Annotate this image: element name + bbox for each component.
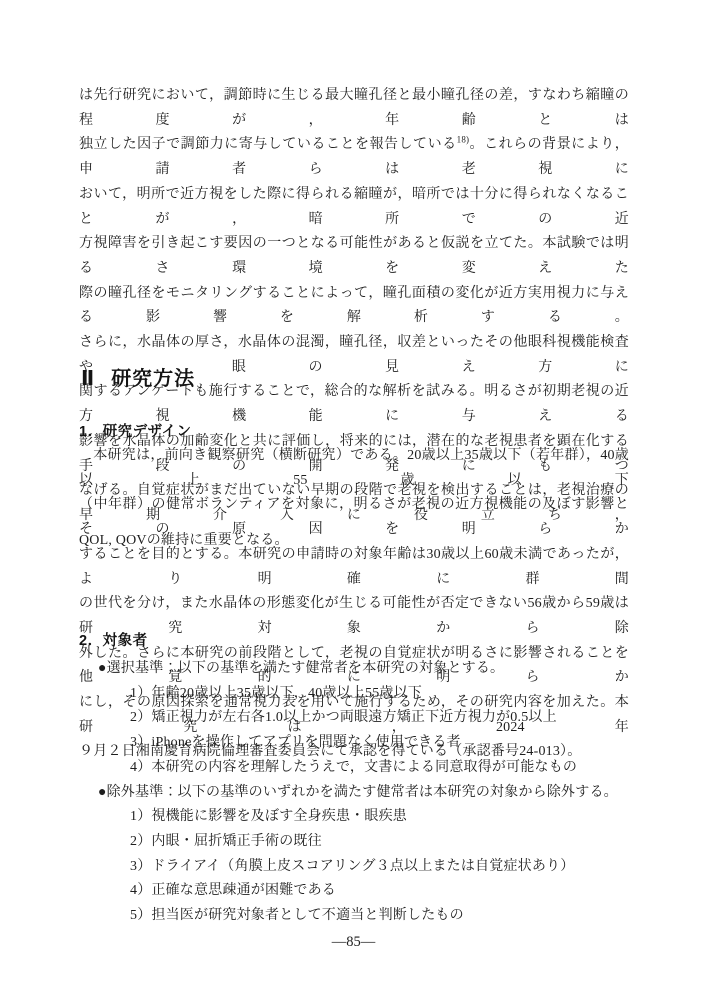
subsection-heading-subjects: 2．対象者 bbox=[79, 629, 148, 650]
document-page: { "page": { "background_color": "#ffffff… bbox=[0, 0, 707, 1000]
inclusion-criteria-item: 2）矯正視力が左右各1.0以上かつ両眼遠方矯正下近方視力が0.5以上 bbox=[79, 706, 629, 731]
section-heading: Ⅱ研究方法 bbox=[81, 362, 195, 391]
exclusion-criteria-item: 5）担当医が研究対象者として不適当と判断したもの bbox=[79, 904, 629, 929]
research-design-line: （中年群）の健常ボランティアを対象に，明るさが老視の近方視機能の及ぼす影響とその… bbox=[79, 493, 629, 542]
intro-paragraph-line: 際の瞳孔径をモニタリングすることによって，瞳孔面積の変化が近方実用視力に与える影… bbox=[79, 282, 629, 331]
subsection-heading-research-design: 1．研究デザイン bbox=[79, 420, 192, 441]
research-design-line: 本研究は，前向き観察研究（横断研究）である。20歳以上35歳以下（若年群），40… bbox=[79, 444, 629, 493]
inclusion-criteria-list: 1）年齢20歳以上35歳以下，40歳以上55歳以下2）矯正視力が左右各1.0以上… bbox=[79, 682, 629, 781]
intro-paragraph-line: 独立した因子で調節力に寄与していることを報告している18)。これらの背景により，… bbox=[79, 133, 629, 182]
intro-paragraph-line: おいて，明所で近方視をした際に得られる縮瞳が，暗所では十分に得られなくなることが… bbox=[79, 183, 629, 232]
intro-paragraph-line: 方視障害を引き起こす要因の一つとなる可能性があると仮説を立てた。本試験では明るさ… bbox=[79, 232, 629, 281]
research-design-line: の世代を分け，また水晶体の形態変化が生じる可能性が否定できない56歳から59歳は… bbox=[79, 592, 629, 641]
exclusion-criteria-item: 2）内眼・屈折矯正手術の既往 bbox=[79, 830, 629, 855]
exclusion-criteria-list: 1）視機能に影響を及ぼす全身疾患・眼疾患2）内眼・屈折矯正手術の既往3）ドライア… bbox=[79, 805, 629, 929]
exclusion-criteria-item: 4）正確な意思疎通が困難である bbox=[79, 879, 629, 904]
criteria-block: ●選択基準：以下の基準を満たす健常者を本研究の対象とする。 1）年齢20歳以上3… bbox=[79, 657, 629, 929]
page-number: —85— bbox=[0, 934, 707, 951]
exclusion-criteria-label: ●除外基準：以下の基準のいずれかを満たす健常者は本研究の対象から除外する。 bbox=[79, 781, 629, 806]
inclusion-criteria-label: ●選択基準：以下の基準を満たす健常者を本研究の対象とする。 bbox=[79, 657, 629, 682]
intro-paragraph-line: は先行研究において，調節時に生じる最大瞳孔径と最小瞳孔径の差，すなわち縮瞳の程度… bbox=[79, 84, 629, 133]
reference-superscript: 18) bbox=[457, 135, 470, 145]
inclusion-criteria-item: 1）年齢20歳以上35歳以下，40歳以上55歳以下 bbox=[79, 682, 629, 707]
exclusion-criteria-item: 1）視機能に影響を及ぼす全身疾患・眼疾患 bbox=[79, 805, 629, 830]
section-number: Ⅱ bbox=[81, 368, 95, 390]
inclusion-criteria-item: 3）iPhoneを操作してアプリを問題なく使用できる者 bbox=[79, 731, 629, 756]
exclusion-criteria-item: 3）ドライアイ（角膜上皮スコアリング３点以上または自覚症状あり） bbox=[79, 855, 629, 880]
section-title: 研究方法 bbox=[111, 368, 195, 390]
inclusion-criteria-item: 4）本研究の内容を理解したうえで，文書による同意取得が可能なもの bbox=[79, 756, 629, 781]
research-design-line: することを目的とする。本研究の申請時の対象年齢は30歳以上60歳未満であったが，… bbox=[79, 543, 629, 592]
